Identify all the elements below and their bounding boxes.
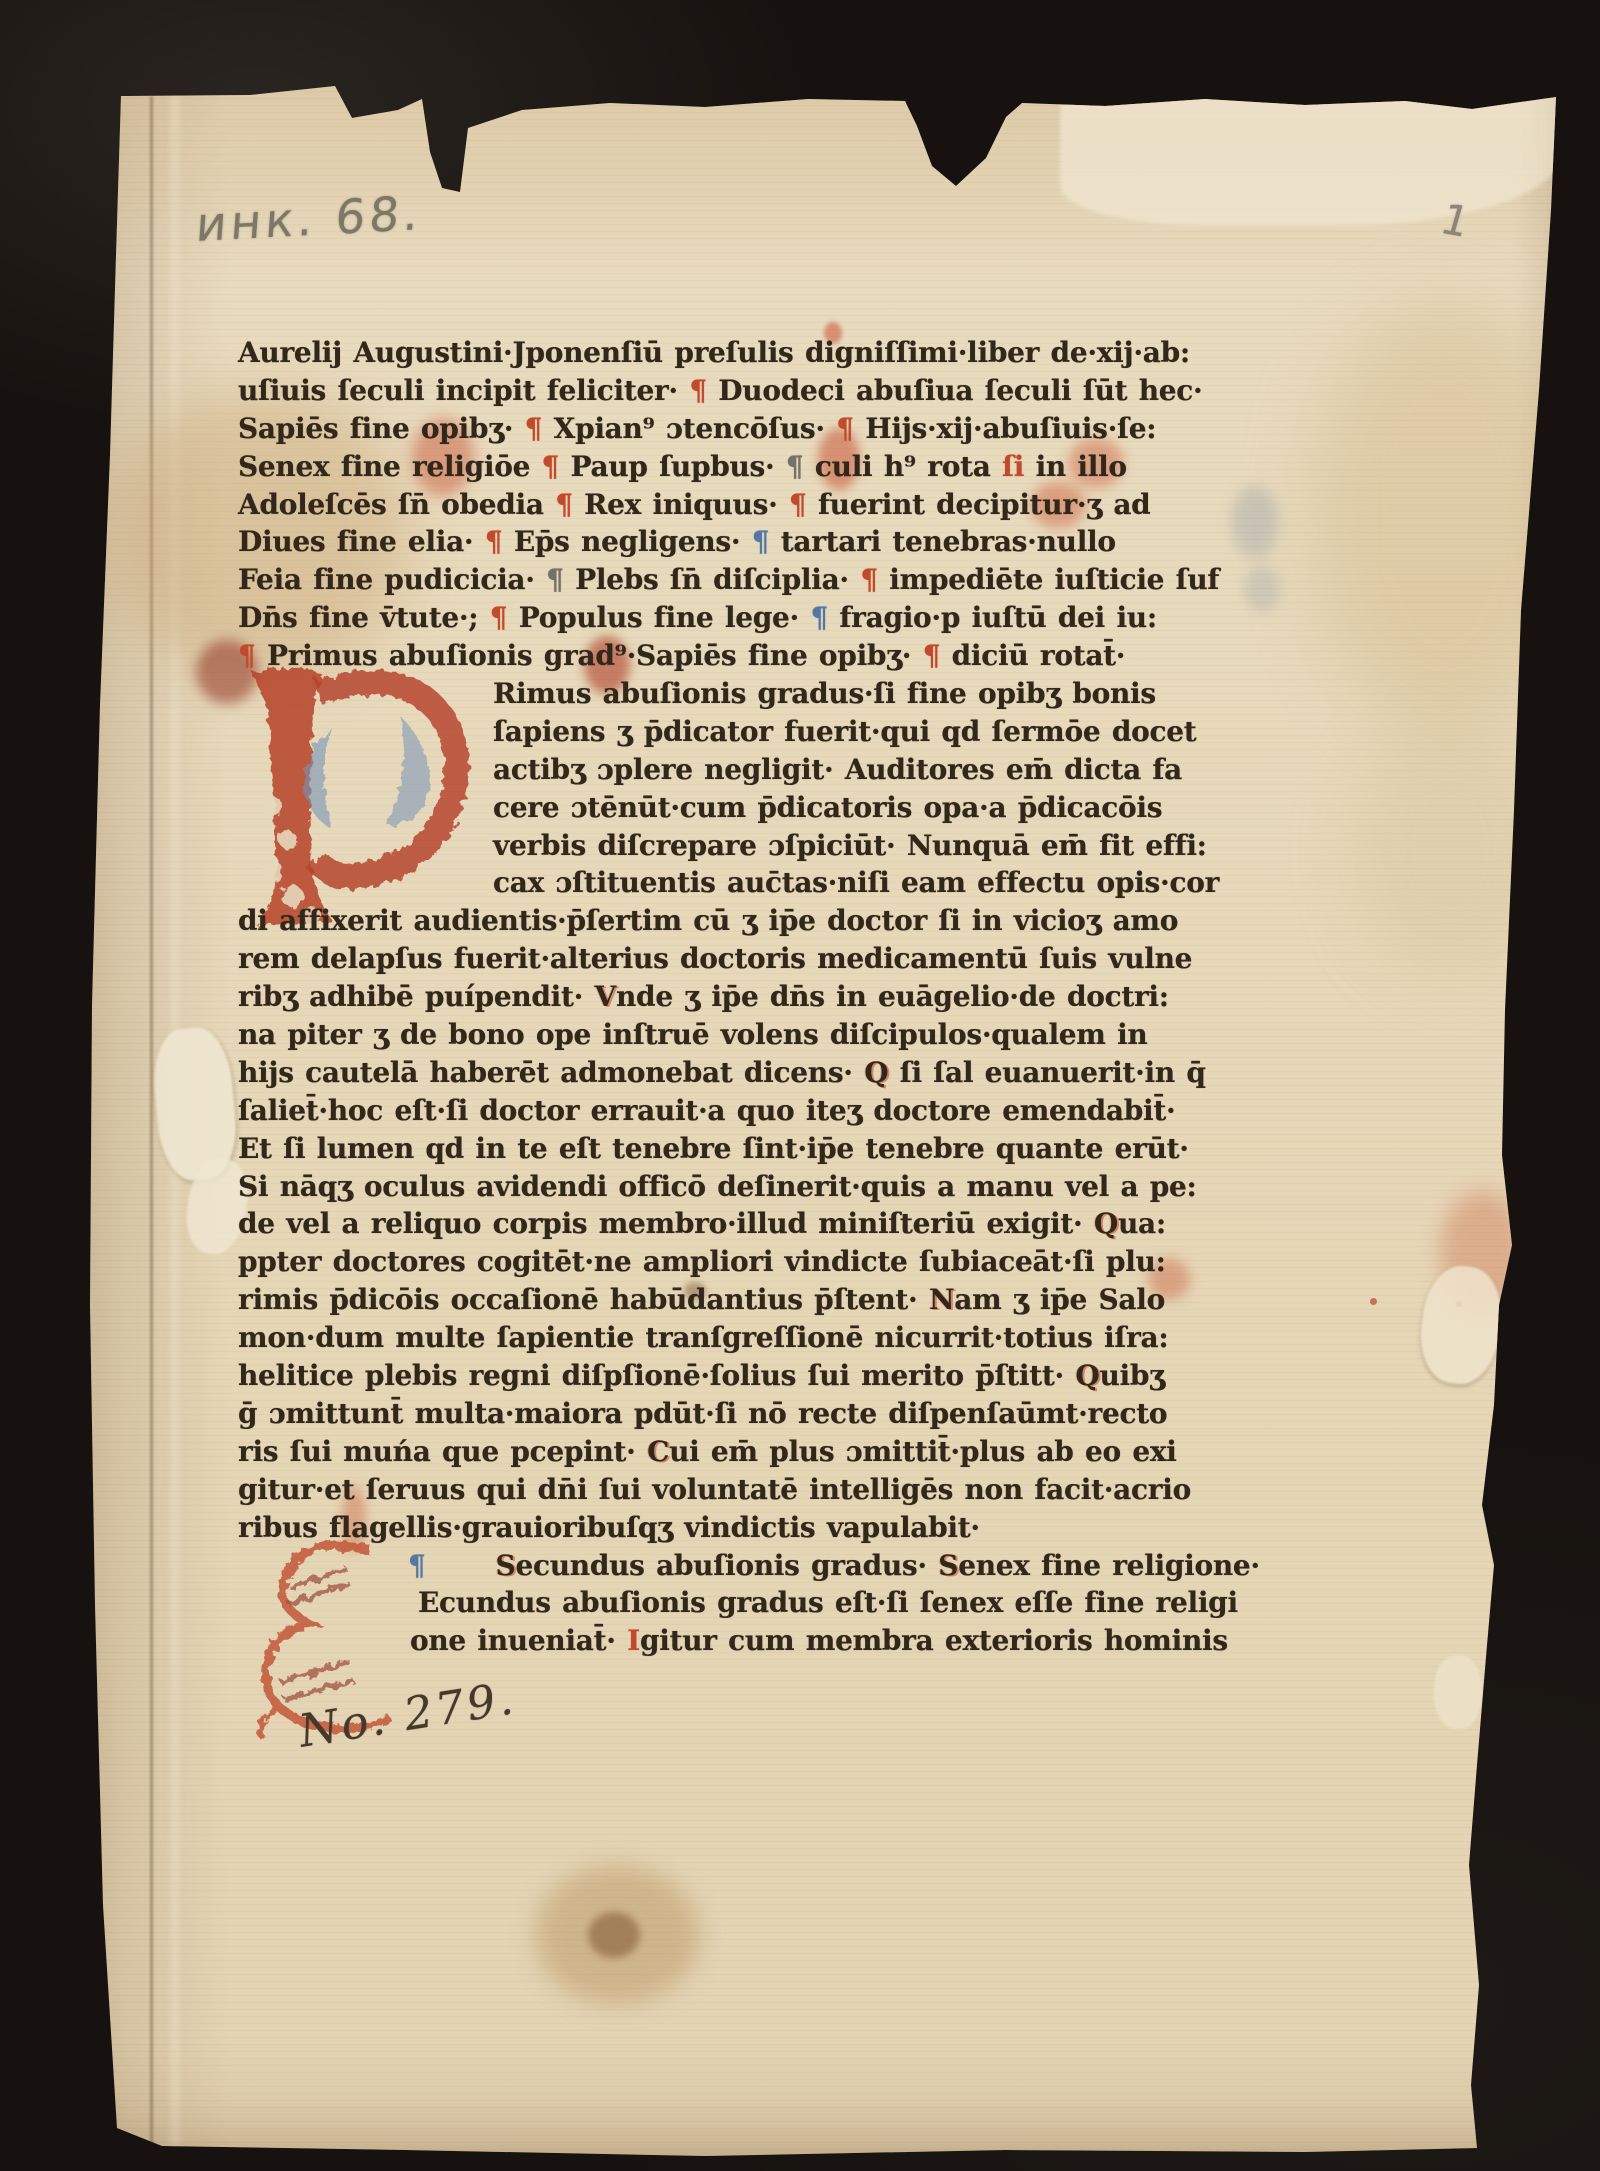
- text-segment: ¶: [689, 374, 718, 407]
- text-segment: ¶: [810, 601, 839, 634]
- text-line: Ecundus abuſionis gradus eſt·ſi ſenex eſ…: [418, 1584, 1198, 1622]
- text-line: helitice plebis regni diſpſionē·ſolius ſ…: [238, 1357, 1198, 1395]
- text-segment: ſi: [1002, 450, 1036, 483]
- text-line: di affixerit audientis·p̄ſertim cū ʒ ip̄…: [238, 902, 1198, 940]
- text-line: Adoleſcēs ſn̄ obedia ¶ Rex iniquus· ¶ fu…: [238, 486, 1198, 524]
- text-segment: ¶: [408, 1549, 426, 1582]
- red-smudge: [1030, 482, 1086, 528]
- rubricated-initial-s: S: [248, 1532, 408, 1746]
- text-segment: ua:: [1118, 1207, 1166, 1240]
- text-segment: ſapiens ʒ p̄dicator fuerit·qui qd ſermōe…: [493, 715, 1196, 748]
- text-segment: ¶: [485, 525, 514, 558]
- red-smudge: [818, 428, 860, 490]
- text-segment: na piter ʒ de bono ope inſtruē volens di…: [238, 1018, 1147, 1051]
- text-segment: ¶: [490, 601, 519, 634]
- text-line: Feia fine pudicicia· ¶ Plebs ſn̄ diſcipl…: [238, 561, 1198, 599]
- text-line: Aurelij Augustini·Jponenſiū preſulis dig…: [238, 334, 1198, 372]
- text-segment: Si nāqʒ oculus avidendi officō deſinerit…: [238, 1170, 1197, 1203]
- text-segment: fuerint decipitur·ʒ ad: [818, 488, 1151, 521]
- text-segment: ribus flagellis·grauioribuſqʒ vindictis …: [238, 1511, 980, 1544]
- paper-chip: [1434, 1655, 1482, 1729]
- text-segment: verbis diſcrepare ɔſpiciūt· Nunquā em̄ f…: [493, 829, 1207, 862]
- parchment-leaf: инк. 68. 1 P: [0, 0, 1600, 2171]
- text-segment: Populus fine lege·: [519, 601, 811, 634]
- text-segment: Adoleſcēs ſn̄ obedia: [238, 488, 555, 521]
- text-segment: V: [595, 980, 616, 1013]
- paper-chip: [1415, 1262, 1507, 1389]
- text-segment: Primus abuſionis grad⁹·Sapiēs fine opibʒ…: [267, 639, 923, 672]
- text-segment: Q: [864, 1056, 888, 1089]
- text-segment: ribʒ adhibē puípendit·: [238, 980, 595, 1013]
- ink-collection-number: No. 279.: [295, 1671, 519, 1758]
- text-segment: ¶: [752, 525, 781, 558]
- text-line: Rimus abuſionis gradus·ſi fine opibʒ bon…: [493, 675, 1198, 713]
- text-line: uſiuis ſeculi incipit feliciter· ¶ Duode…: [238, 372, 1198, 410]
- text-segment: Feia fine pudicicia·: [238, 563, 546, 596]
- text-line: cere ɔtēnūt·cum p̄dicatoris opa·a p̄dica…: [493, 789, 1198, 827]
- text-segment: enex fine religione·: [958, 1549, 1260, 1582]
- text-line: ſaliet̄·hoc eſt·ſi doctor errauit·a quo …: [238, 1092, 1198, 1130]
- stain: [588, 1912, 640, 1958]
- text-segment: ¶: [238, 639, 267, 672]
- text-segment: Aurelij Augustini·Jponenſiū preſulis dig…: [238, 336, 1190, 369]
- initial-s-drawing: [248, 1532, 408, 1742]
- text-line: rem delapſus fuerit·alterius doctoris me…: [238, 940, 1198, 978]
- text-segment: de vel a reliquo corpis membro·illud min…: [238, 1207, 1094, 1240]
- text-line: Senex fine religiōe ¶ Paup ſupbus· ¶ cul…: [238, 448, 1198, 486]
- text-segment: Q: [1075, 1359, 1099, 1392]
- text-line: hijs cautelā haberēt admonebat dicens· Q…: [238, 1054, 1198, 1092]
- paper-chip: [1060, 96, 1560, 226]
- red-dot: [1456, 1301, 1462, 1307]
- text-segment: Rex iniquus·: [584, 488, 789, 521]
- red-dot: [1370, 1298, 1377, 1305]
- text-line: rimis p̄dicōis occaſionē habūdantius p̄ſ…: [238, 1281, 1198, 1319]
- text-segment: ſi ſal euanuerit·in q̄: [888, 1056, 1205, 1089]
- text-segment: Q: [1094, 1207, 1118, 1240]
- text-line: ribʒ adhibē puípendit· Vnde ʒ ip̄e dn̄s …: [238, 978, 1198, 1016]
- pencil-inventory-mark: инк. 68.: [194, 186, 424, 253]
- text-segment: uibʒ: [1099, 1359, 1164, 1392]
- text-segment: ¶: [555, 488, 584, 521]
- text-segment: ris ſui muńa que pcepint·: [238, 1435, 647, 1468]
- blue-smudge: [1244, 566, 1280, 612]
- text-line: de vel a reliquo corpis membro·illud min…: [238, 1205, 1198, 1243]
- text-line: ppter doctores cogitēt·ne ampliori vindi…: [238, 1243, 1198, 1281]
- stain: [110, 390, 410, 680]
- text-segment: rem delapſus fuerit·alterius doctoris me…: [238, 942, 1192, 975]
- text-segment: ¶: [836, 412, 865, 445]
- text-line: ¶ Primus abuſionis grad⁹·Sapiēs fine opi…: [238, 637, 1198, 675]
- red-smudge: [196, 640, 258, 704]
- text-segment: ¶: [786, 450, 815, 483]
- text-segment: gitur cum membra exterioris hominis: [640, 1624, 1228, 1657]
- text-segment: actibʒ ɔplere negligit· Auditores em̄ di…: [493, 753, 1182, 786]
- red-smudge: [412, 418, 474, 496]
- red-smudge: [1148, 1258, 1190, 1300]
- text-segment: Paup ſupbus·: [571, 450, 786, 483]
- text-segment: helitice plebis regni diſpſionē·ſolius ſ…: [238, 1359, 1075, 1392]
- paper-repair-patch: [150, 1025, 241, 1183]
- text-segment: fragio·p iuſtū dei iu:: [839, 601, 1157, 634]
- text-segment: hijs cautelā haberēt admonebat dicens·: [238, 1056, 864, 1089]
- text-line: one inueniat̄· Igitur cum membra exterio…: [410, 1622, 1198, 1660]
- text-segment: Duodeci abuſiua ſeculi ſūt hec·: [718, 374, 1202, 407]
- text-segment: one inueniat̄·: [410, 1624, 627, 1657]
- text-segment: gitur·et ſeruus qui dn̄i ſui voluntatē i…: [238, 1473, 1191, 1506]
- blue-smudge: [1232, 486, 1278, 558]
- text-segment: ¶: [542, 450, 571, 483]
- text-segment: C: [647, 1435, 669, 1468]
- text-line: Si nāqʒ oculus avidendi officō deſinerit…: [238, 1168, 1198, 1206]
- text-segment: impediēte iuſticie ſuf: [889, 563, 1219, 596]
- text-line: na piter ʒ de bono ope inſtruē volens di…: [238, 1016, 1198, 1054]
- text-segment: N: [929, 1283, 954, 1316]
- text-segment: cax ɔſtituentis auc̄tas·niſi eam effectu…: [493, 866, 1219, 899]
- text-segment: ppter doctores cogitēt·ne ampliori vindi…: [238, 1245, 1166, 1278]
- text-segment: Hijs·xij·abuſiuis·ſe:: [865, 412, 1156, 445]
- text-segment: ¶: [789, 488, 818, 521]
- text-line: Sapiēs fine opibʒ· ¶ Xpian⁹ ɔtencōſus· ¶…: [238, 410, 1198, 448]
- text-segment: cere ɔtēnūt·cum p̄dicatoris opa·a p̄dica…: [493, 791, 1162, 824]
- text-line: cax ɔſtituentis auc̄tas·niſi eam effectu…: [493, 864, 1198, 902]
- text-segment: ecundus abuſionis gradus·: [515, 1549, 938, 1582]
- text-segment: tartari tenebras·nullo: [781, 525, 1116, 558]
- gutter-crease: [150, 96, 153, 2146]
- text-line: Dn̄s fine v̄tute·; ¶ Populus fine lege· …: [238, 599, 1198, 637]
- text-line: Diues fine elia· ¶ Ep̄s negligens· ¶ tar…: [238, 523, 1198, 561]
- red-smudge: [584, 636, 630, 694]
- text-line: actibʒ ɔplere negligit· Auditores em̄ di…: [493, 751, 1198, 789]
- text-segment: Xpian⁹ ɔtencōſus·: [554, 412, 837, 445]
- text-segment: ¶: [546, 563, 575, 596]
- text-segment: S: [496, 1549, 516, 1582]
- illuminated-initial-p: P: [240, 658, 475, 940]
- text-segment: di affixerit audientis·p̄ſertim cū ʒ ip̄…: [238, 904, 1178, 937]
- text-line: ris ſui muńa que pcepint· Cui em̄ plus ɔ…: [238, 1433, 1198, 1471]
- pencil-page-number: 1: [1435, 194, 1475, 246]
- text-segment: Et ſi lumen qd in te eſt tenebre ſint·ip…: [238, 1132, 1189, 1165]
- text-line: Et ſi lumen qd in te eſt tenebre ſint·ip…: [238, 1130, 1198, 1168]
- text-segment: ſaliet̄·hoc eſt·ſi doctor errauit·a quo …: [238, 1094, 1175, 1127]
- text-segment: Ecundus abuſionis gradus eſt·ſi ſenex eſ…: [418, 1586, 1238, 1619]
- text-segment: Sapiēs fine opibʒ·: [238, 412, 525, 445]
- text-segment: diciū rotat̄·: [952, 639, 1126, 672]
- text-line: ¶Secundus abuſionis gradus· Senex fine r…: [408, 1547, 1198, 1585]
- text-line: ribus flagellis·grauioribuſqʒ vindictis …: [238, 1509, 1198, 1547]
- initial-p-drawing: [240, 658, 475, 936]
- text-segment: Senex fine religiōe: [238, 450, 542, 483]
- text-segment: am ʒ ip̄e Salo: [954, 1283, 1165, 1316]
- text-segment: ¶: [525, 412, 554, 445]
- paper-repair-patch: [181, 1154, 253, 1258]
- stain: [535, 1865, 700, 2005]
- text-segment: culi h⁹ rota: [815, 450, 1002, 483]
- text-segment: ḡ ɔmittunt̄ multa·maiora pdūt·ſi nō rect…: [238, 1397, 1167, 1430]
- text-segment: ui em̄ plus ɔmittit̄·plus ab eo exi: [669, 1435, 1177, 1468]
- red-smudge: [342, 1486, 366, 1552]
- text-line: ſapiens ʒ p̄dicator fuerit·qui qd ſermōe…: [493, 713, 1198, 751]
- gutter-crease-highlight: [170, 96, 180, 2146]
- text-segment: S: [938, 1549, 958, 1582]
- text-segment: I: [627, 1624, 640, 1657]
- red-smudge: [1068, 438, 1124, 488]
- stain: [684, 1282, 706, 1300]
- printed-text-block: Aurelij Augustini·Jponenſiū preſulis dig…: [238, 334, 1198, 1660]
- text-line: ḡ ɔmittunt̄ multa·maiora pdūt·ſi nō rect…: [238, 1395, 1198, 1433]
- text-segment: Plebs ſn̄ diſciplia·: [575, 563, 860, 596]
- text-segment: ¶: [860, 563, 889, 596]
- text-segment: in illo: [1036, 450, 1127, 483]
- text-segment: Ep̄s negligens·: [514, 525, 752, 558]
- text-line: gitur·et ſeruus qui dn̄i ſui voluntatē i…: [238, 1471, 1198, 1509]
- text-segment: mon·dum multe ſapientie tranſgreſſionē n…: [238, 1321, 1168, 1354]
- red-smudge: [824, 322, 842, 344]
- text-segment: Dn̄s fine v̄tute·;: [238, 601, 490, 634]
- text-segment: uſiuis ſeculi incipit feliciter·: [238, 374, 689, 407]
- text-segment: ¶: [923, 639, 952, 672]
- text-line: verbis diſcrepare ɔſpiciūt· Nunquā em̄ f…: [493, 827, 1198, 865]
- text-segment: Diues fine elia·: [238, 525, 485, 558]
- text-segment: nde ʒ ip̄e dn̄s in euāgelio·de doctri:: [616, 980, 1169, 1013]
- photograph-of-incunabulum-leaf: инк. 68. 1 P: [0, 0, 1600, 2171]
- text-segment: rimis p̄dicōis occaſionē habūdantius p̄ſ…: [238, 1283, 929, 1316]
- text-line: mon·dum multe ſapientie tranſgreſſionē n…: [238, 1319, 1198, 1357]
- text-segment: Rimus abuſionis gradus·ſi fine opibʒ bon…: [493, 677, 1156, 710]
